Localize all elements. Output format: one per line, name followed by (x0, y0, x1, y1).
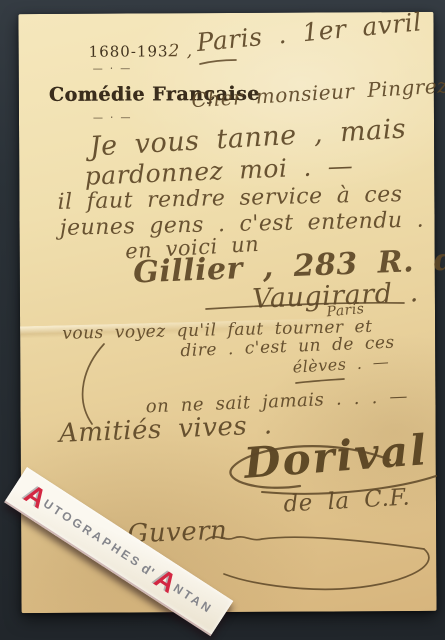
letterhead-divider-top: — · — (93, 63, 133, 74)
handwritten-signature: Dorival (243, 429, 430, 485)
letterhead-divider-bottom: — · — (93, 112, 133, 123)
handwritten-closing: Amitiés vives . (59, 412, 273, 447)
handwritten-signature-title: de la C.F. (283, 486, 411, 516)
handwritten-body-line-8: élèves . — (292, 354, 389, 376)
letterhead-years-handwritten-suffix: 2 , (168, 41, 193, 61)
handwritten-body-line-9: on ne sait jamais . . . — (145, 388, 408, 417)
photo-background: 1680-1932 , — · — Comédie Française — · … (0, 0, 445, 640)
dealer-label-text-2: NTAN (171, 581, 216, 617)
letterhead-years-printed: 1680-193 (89, 42, 169, 60)
letterhead-years: 1680-1932 , (89, 41, 194, 62)
handwritten-salutation: Cher monsieur Pingrez . (191, 74, 445, 110)
handwritten-body-line-1: Je vous tanne , mais (89, 115, 407, 160)
handwritten-date-line: Paris . 1er avril (196, 9, 423, 55)
